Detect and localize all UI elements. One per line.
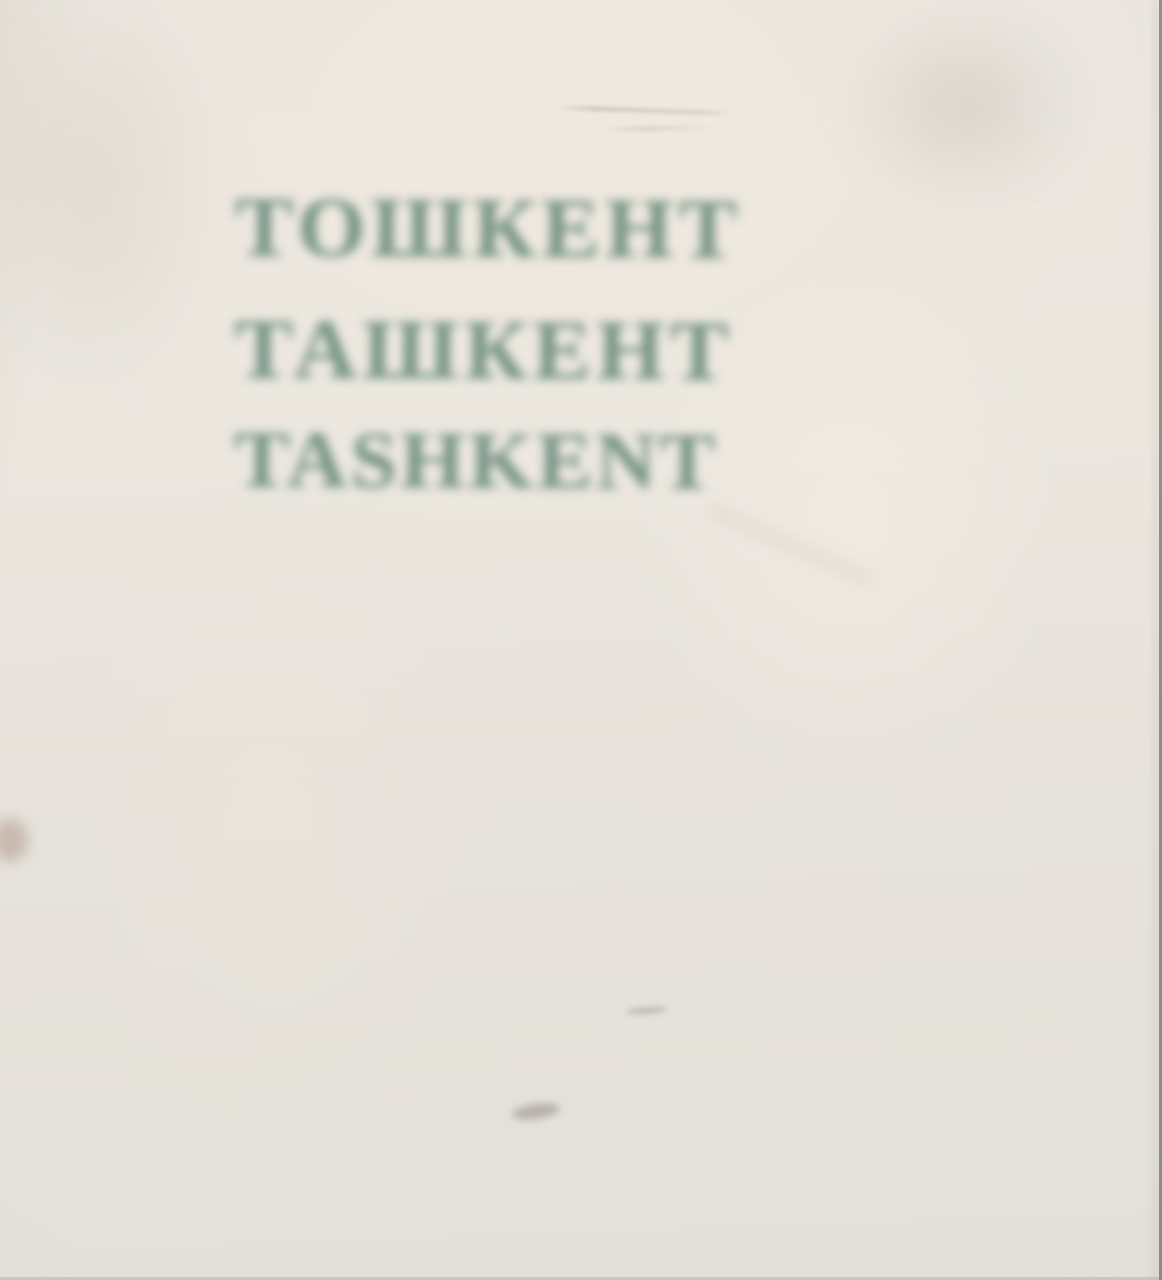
- title-line-english: TASHKENT: [234, 420, 719, 503]
- book-page-photo: ТОШКЕНТ ТАШКЕНТ TASHKENT: [0, 0, 1162, 1280]
- title-block: ТОШКЕНТ ТАШКЕНТ TASHKENT: [0, 0, 1162, 1280]
- title-line-uzbek-cyrillic: ТОШКЕНТ: [235, 186, 743, 273]
- title-line-russian: ТАШКЕНТ: [234, 308, 734, 395]
